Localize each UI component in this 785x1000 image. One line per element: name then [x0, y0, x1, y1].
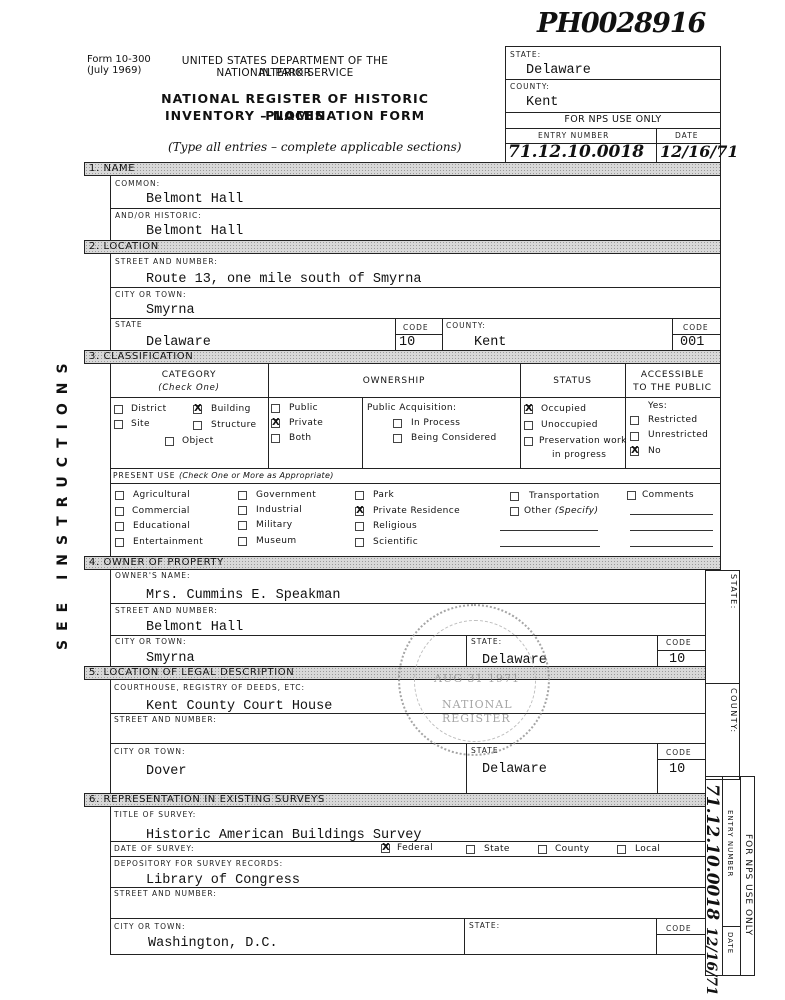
form-date: (July 1969)	[87, 65, 141, 76]
option-unrestricted: Unrestricted	[648, 430, 708, 440]
side-state-label: STATE:	[729, 574, 738, 610]
accessible-header-2: TO THE PUBLIC	[625, 382, 720, 395]
option-educational: Educational	[133, 521, 190, 531]
state-code-label: CODE	[403, 323, 429, 332]
checkbox-occupied[interactable]	[524, 405, 533, 414]
owner-name-value: Mrs. Cummins E. Speakman	[146, 588, 340, 603]
handwritten-id: PH0028916	[537, 8, 705, 39]
checkbox-industrial[interactable]	[238, 506, 247, 515]
option-preservation-work: Preservation work	[539, 436, 627, 446]
checkbox-government[interactable]	[238, 491, 247, 500]
legal-state-value: Delaware	[482, 762, 547, 777]
checkbox-public[interactable]	[271, 404, 280, 413]
checkbox-county[interactable]	[538, 845, 547, 854]
comments-line-2[interactable]	[630, 530, 713, 531]
option-both: Both	[289, 433, 312, 443]
checkbox-structure[interactable]	[193, 421, 202, 430]
checkbox-private-residence[interactable]	[355, 507, 364, 516]
option-industrial: Industrial	[256, 505, 302, 515]
option-preservation-continuation: in progress	[552, 450, 606, 460]
checkbox-museum[interactable]	[238, 537, 247, 546]
owner-street-label: STREET AND NUMBER:	[115, 606, 218, 615]
corner-date-label: DATE	[675, 131, 699, 140]
checkbox-unoccupied[interactable]	[524, 421, 533, 430]
side-date-label: DATE	[726, 932, 734, 954]
corner-entry-label: ENTRY NUMBER	[538, 131, 609, 140]
accessible-header-1: ACCESSIBLE	[625, 369, 720, 382]
historic-value: Belmont Hall	[146, 224, 243, 239]
section-legal-description-header: 5. LOCATION OF LEGAL DESCRIPTION	[84, 666, 706, 680]
side-nps-label: FOR NPS USE ONLY	[743, 834, 753, 936]
public-acquisition-label: Public Acquisition:	[367, 403, 456, 413]
accessible-yes-label: Yes:	[648, 401, 667, 411]
corner-date-value: 12/16/71	[660, 142, 738, 161]
option-religious: Religious	[373, 521, 417, 531]
state-code-value: 10	[399, 335, 415, 350]
option-being-considered: Being Considered	[411, 433, 497, 443]
ownership-header: OWNERSHIP	[268, 375, 520, 388]
street-label: STREET AND NUMBER:	[115, 257, 218, 266]
option-entertainment: Entertainment	[133, 537, 203, 547]
checkbox-in-process[interactable]	[393, 419, 402, 428]
stamp-line3: REGISTER	[442, 712, 511, 725]
option-private-residence: Private Residence	[373, 506, 460, 516]
checkbox-local[interactable]	[617, 845, 626, 854]
option-private: Private	[289, 418, 323, 428]
common-value: Belmont Hall	[146, 192, 243, 207]
checkbox-agricultural[interactable]	[115, 491, 124, 500]
option-comments: Comments	[642, 490, 694, 500]
status-header: STATUS	[520, 375, 625, 388]
other-specify-line-1[interactable]	[500, 530, 598, 531]
checkbox-entertainment[interactable]	[115, 538, 124, 547]
checkbox-transportation[interactable]	[510, 492, 519, 501]
common-label: COMMON:	[115, 179, 160, 188]
category-subheader: (Check One)	[110, 382, 268, 395]
survey-street-label: STREET AND NUMBER:	[114, 889, 217, 898]
county-code-label: CODE	[683, 323, 709, 332]
section-classification-header: 3. CLASSIFICATION	[84, 350, 721, 364]
option-site: Site	[131, 419, 150, 429]
depository-value: Library of Congress	[146, 873, 300, 888]
depository-label: DEPOSITORY FOR SURVEY RECORDS:	[114, 859, 283, 868]
historic-label: AND/OR HISTORIC:	[115, 211, 202, 220]
owner-city-value: Smyrna	[146, 651, 195, 666]
side-entry-value: 71.12.10.0018	[702, 784, 722, 920]
side-county-label: COUNTY:	[729, 688, 738, 734]
checkbox-commercial[interactable]	[115, 507, 124, 516]
corner-entry-value: 71.12.10.0018	[508, 142, 644, 162]
county-label: COUNTY:	[446, 321, 486, 330]
option-restricted: Restricted	[648, 415, 698, 425]
checkbox-restricted[interactable]	[630, 416, 639, 425]
survey-code-label: CODE	[666, 924, 692, 933]
checkbox-both[interactable]	[271, 434, 280, 443]
checkbox-religious[interactable]	[355, 522, 364, 531]
option-county: County	[555, 844, 589, 854]
checkbox-educational[interactable]	[115, 522, 124, 531]
form-title-line2: INVENTORY – NOMINATION FORM	[150, 107, 440, 124]
service: NATIONAL PARK SERVICE	[170, 67, 400, 79]
state-label: STATE	[115, 320, 143, 329]
stamp-date: AUG 31 1971	[434, 672, 520, 685]
option-park: Park	[373, 490, 394, 500]
checkbox-preservation-work[interactable]	[524, 437, 533, 446]
checkbox-unrestricted[interactable]	[630, 432, 639, 441]
option-military: Military	[256, 520, 293, 530]
checkbox-military[interactable]	[238, 521, 247, 530]
legal-street-label: STREET AND NUMBER:	[114, 715, 217, 724]
option-agricultural: Agricultural	[133, 490, 190, 500]
option-federal: Federal	[397, 843, 433, 853]
option-public: Public	[289, 403, 318, 413]
checkbox-state[interactable]	[466, 845, 475, 854]
see-instructions: SEE INSTRUCTIONS	[55, 380, 75, 650]
section-location-header: 2. LOCATION	[84, 240, 721, 254]
option-transportation: Transportation	[529, 491, 600, 501]
survey-city-value: Washington, D.C.	[148, 936, 278, 951]
stamp-line2: NATIONAL	[442, 698, 513, 711]
section-owner-header: 4. OWNER OF PROPERTY	[84, 556, 721, 570]
courthouse-value: Kent County Court House	[146, 699, 332, 714]
corner-state-label: STATE:	[510, 50, 541, 59]
checkbox-private[interactable]	[271, 419, 280, 428]
county-value: Kent	[474, 335, 506, 350]
owner-name-label: OWNER'S NAME:	[115, 571, 191, 580]
survey-city-label: CITY OR TOWN:	[114, 922, 186, 931]
corner-nps-label: FOR NPS USE ONLY	[505, 114, 721, 125]
checkbox-comments[interactable]	[627, 491, 636, 500]
checkbox-no[interactable]	[630, 447, 639, 456]
corner-county-label: COUNTY:	[510, 82, 550, 91]
option-unoccupied: Unoccupied	[541, 420, 598, 430]
option-other: Other (Specify)	[524, 506, 598, 516]
checkbox-being-considered[interactable]	[393, 434, 402, 443]
category-header: CATEGORY	[110, 369, 268, 382]
owner-street-value: Belmont Hall	[146, 620, 243, 635]
checkbox-scientific[interactable]	[355, 538, 364, 547]
side-date-value: 12/16/71	[703, 927, 719, 996]
legal-city-value: Dover	[146, 764, 187, 779]
option-local: Local	[635, 844, 660, 854]
owner-code-label: CODE	[666, 638, 692, 647]
section-name-header: 1. NAME	[84, 162, 721, 176]
checkbox-object[interactable]	[165, 437, 174, 446]
option-in-process: In Process	[411, 418, 460, 428]
county-code-value: 001	[680, 335, 704, 350]
option-occupied: Occupied	[541, 404, 586, 414]
courthouse-label: COURTHOUSE, REGISTRY OF DEEDS, ETC:	[114, 683, 305, 692]
corner-state-value: Delaware	[526, 63, 591, 78]
section-surveys-header: 6. REPRESENTATION IN EXISTING SURVEYS	[84, 793, 706, 807]
option-museum: Museum	[256, 536, 297, 546]
present-use-label: PRESENT USE (Check One or More as Approp…	[113, 471, 334, 480]
street-value: Route 13, one mile south of Smyrna	[146, 272, 421, 287]
option-government: Government	[256, 490, 316, 500]
other-specify-line-2[interactable]	[500, 546, 600, 547]
legal-code-label: CODE	[666, 748, 692, 757]
comments-line-1[interactable]	[630, 514, 713, 515]
option-district: District	[131, 404, 167, 414]
option-structure: Structure	[211, 420, 256, 430]
corner-county-value: Kent	[526, 95, 558, 110]
option-object: Object	[182, 436, 214, 446]
comments-line-3[interactable]	[630, 546, 713, 547]
checkbox-other[interactable]	[510, 507, 519, 516]
option-no: No	[648, 446, 661, 456]
owner-code-value: 10	[669, 652, 685, 667]
side-entry-label: ENTRY NUMBER	[726, 810, 734, 877]
legal-city-label: CITY OR TOWN:	[114, 747, 186, 756]
city-value: Smyrna	[146, 303, 195, 318]
instructions: (Type all entries – complete applicable …	[168, 140, 461, 154]
received-stamp: AUG 31 1971 NATIONAL REGISTER	[398, 604, 550, 756]
form-number: Form 10-300	[87, 54, 151, 65]
survey-state-label: STATE:	[469, 921, 500, 930]
survey-title-label: TITLE OF SURVEY:	[114, 810, 196, 819]
state-value: Delaware	[146, 335, 211, 350]
legal-code-value: 10	[669, 762, 685, 777]
checkbox-building[interactable]	[193, 405, 202, 414]
checkbox-park[interactable]	[355, 491, 364, 500]
checkbox-district[interactable]	[114, 405, 123, 414]
checkbox-federal[interactable]	[381, 844, 390, 853]
survey-date-label: DATE OF SURVEY:	[114, 844, 195, 853]
option-scientific: Scientific	[373, 537, 418, 547]
checkbox-site[interactable]	[114, 420, 123, 429]
city-label: CITY OR TOWN:	[115, 290, 187, 299]
option-commercial: Commercial	[132, 506, 190, 516]
option-state: State	[484, 844, 510, 854]
owner-city-label: CITY OR TOWN:	[115, 637, 187, 646]
option-building: Building	[211, 404, 251, 414]
